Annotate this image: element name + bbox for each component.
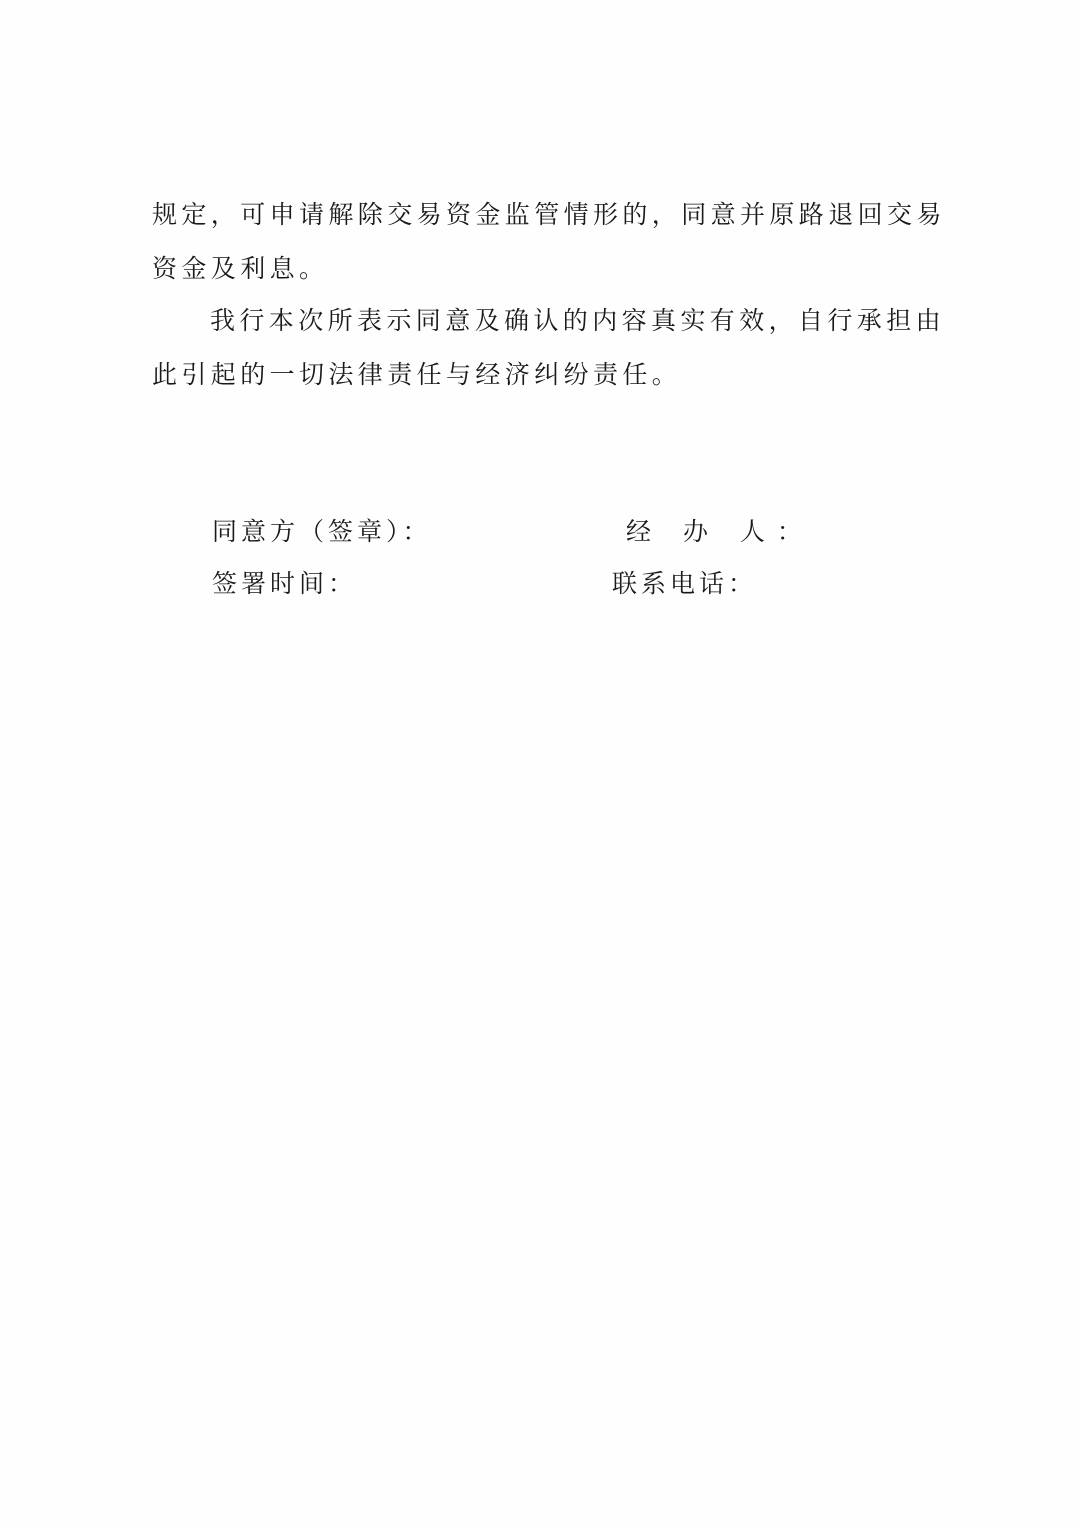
contact-phone-label: 联系电话： bbox=[612, 564, 757, 600]
consenting-party-label: 同意方（签章）： bbox=[212, 512, 432, 548]
handler-label: 经 办 人： bbox=[626, 512, 814, 548]
paragraph-liability-statement: 我行本次所表示同意及确认的内容真实有效，自行承担由此引起的一切法律责任与经济纠纷… bbox=[152, 294, 952, 402]
paragraph-refund-terms: 规定，可申请解除交易资金监管情形的，同意并原路退回交易资金及利息。 bbox=[152, 188, 952, 296]
document-page: 规定，可申请解除交易资金监管情形的，同意并原路退回交易资金及利息。 我行本次所表… bbox=[0, 0, 1080, 1528]
signing-time-label: 签署时间： bbox=[212, 564, 357, 600]
